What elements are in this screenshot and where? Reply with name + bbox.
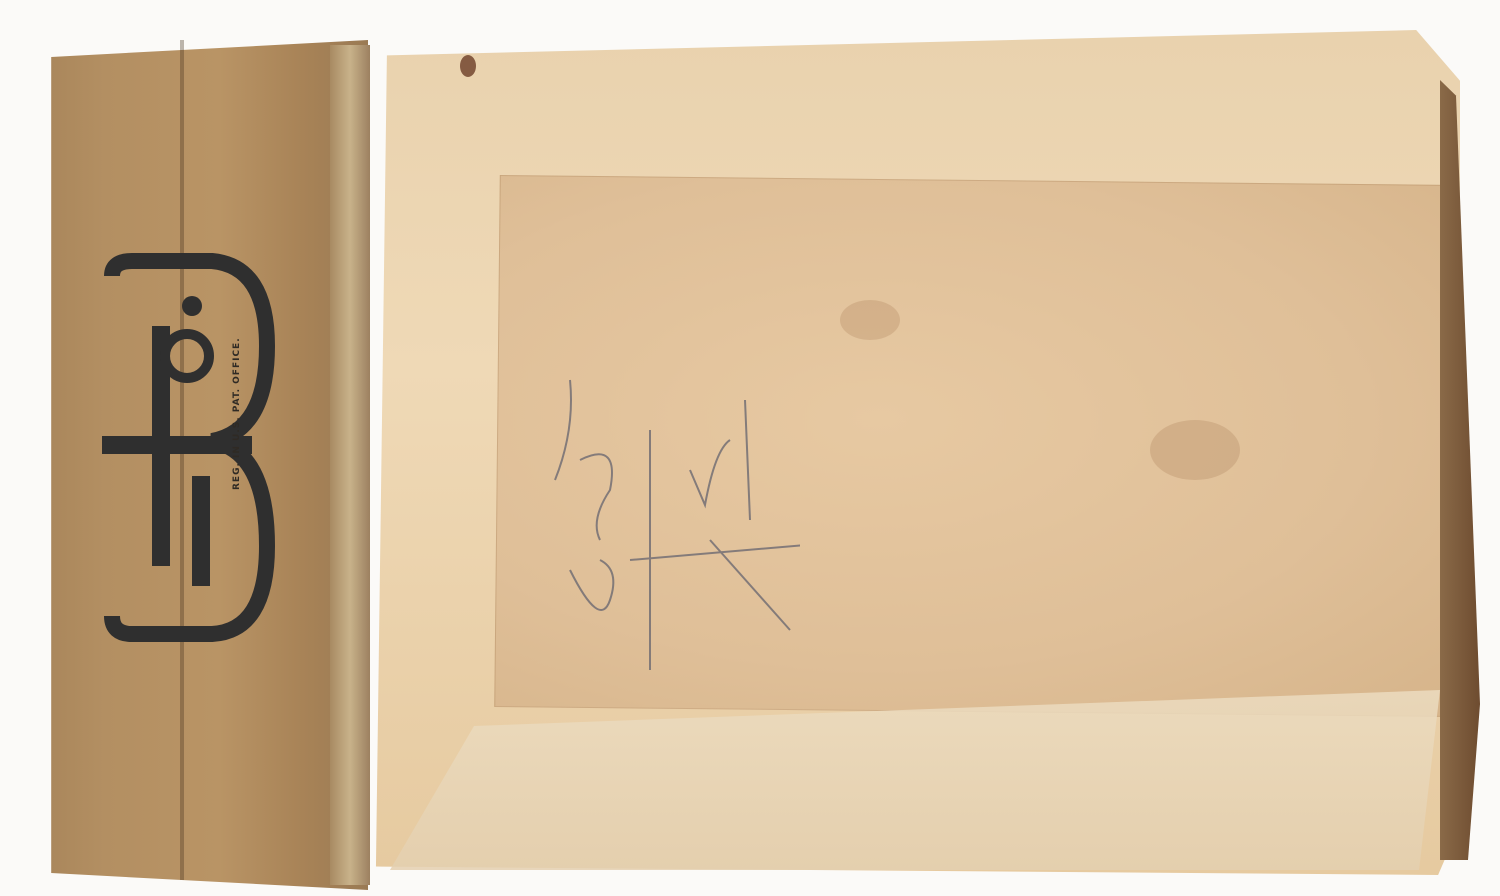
- umc-logo-icon: [92, 246, 282, 646]
- photo-scene: REG. IN U.S. PAT. OFFICE.: [0, 0, 1500, 896]
- box-side-edge: [1440, 80, 1480, 860]
- stain-spot: [1150, 420, 1240, 480]
- trademark-text: REG. IN U.S. PAT. OFFICE.: [232, 160, 242, 490]
- stain-spot: [840, 300, 900, 340]
- stain-spot: [460, 55, 476, 77]
- box-end-edge: [330, 45, 370, 885]
- pencil-marks: [540, 370, 800, 670]
- cartridge-box: REG. IN U.S. PAT. OFFICE.: [0, 0, 1500, 896]
